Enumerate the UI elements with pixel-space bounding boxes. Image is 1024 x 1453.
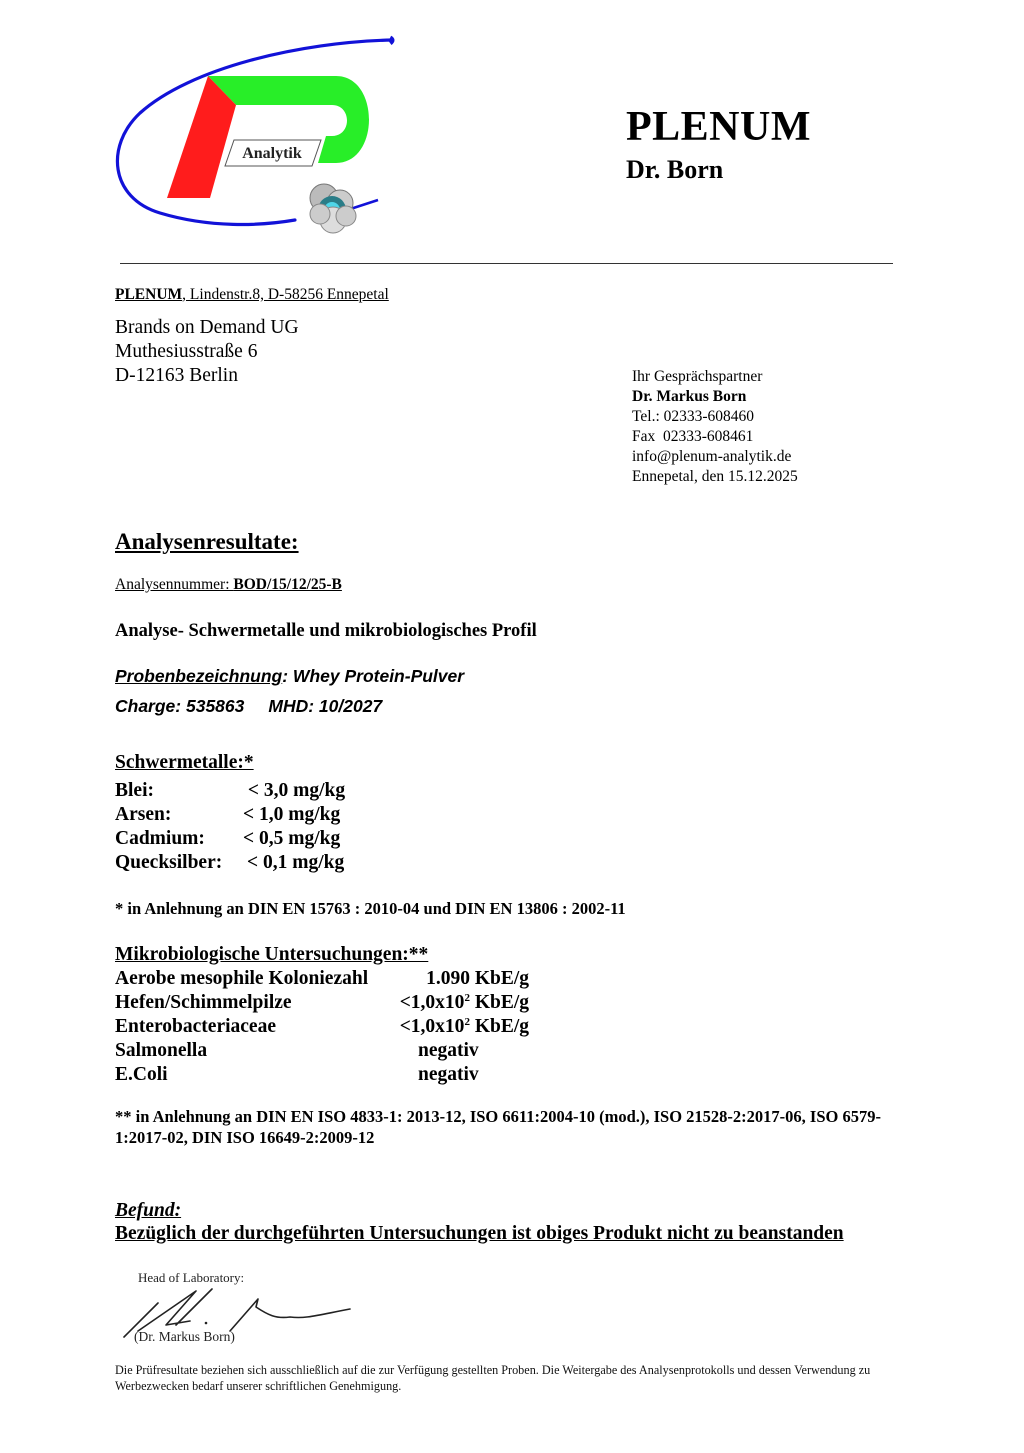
finding-text: Bezüglich der durchgeführten Untersuchun… bbox=[115, 1222, 844, 1245]
micro-row: Hefen/Schimmelpilze<1,0x102 KbE/g bbox=[115, 991, 529, 1015]
report-heading: Analysenresultate: bbox=[115, 528, 299, 556]
microbiology-footnote: ** in Anlehnung an DIN EN ISO 4833-1: 20… bbox=[115, 1106, 905, 1148]
contact-block: Ihr Gesprächspartner Dr. Markus Born Tel… bbox=[632, 367, 798, 487]
batch-number: Charge: 535863 bbox=[115, 696, 244, 716]
svg-text:Analytik: Analytik bbox=[242, 145, 302, 162]
metal-row: Quecksilber:< 0,1 mg/kg bbox=[115, 851, 345, 875]
sample-designation: Probenbezeichnung: Whey Protein-Pulver bbox=[115, 666, 464, 687]
metal-row: Arsen:< 1,0 mg/kg bbox=[115, 803, 345, 827]
micro-row: Enterobacteriaceae<1,0x102 KbE/g bbox=[115, 1015, 529, 1039]
disclaimer: Die Prüfresultate beziehen sich ausschli… bbox=[115, 1362, 915, 1394]
brand-subtitle: Dr. Born bbox=[626, 157, 723, 183]
sender-address-line: PLENUM, Lindenstr.8, D-58256 Ennepetal bbox=[115, 286, 389, 305]
contact-fax: Fax 02333-608461 bbox=[632, 427, 798, 447]
best-before-date: MHD: 10/2027 bbox=[268, 696, 382, 716]
sender-address: , Lindenstr.8, D-58256 Ennepetal bbox=[182, 286, 389, 303]
analysis-number-label: Analysennummer: bbox=[115, 576, 233, 593]
heavy-metals-heading: Schwermetalle:* bbox=[115, 751, 254, 774]
recipient-street: Muthesiusstraße 6 bbox=[115, 340, 299, 364]
microbiology-heading: Mikrobiologische Untersuchungen:** bbox=[115, 943, 428, 966]
sample-value: : Whey Protein-Pulver bbox=[282, 666, 464, 686]
finding-heading: Befund: bbox=[115, 1199, 181, 1222]
analysis-title: Analyse- Schwermetalle und mikrobiologis… bbox=[115, 620, 537, 642]
recipient-company: Brands on Demand UG bbox=[115, 316, 299, 340]
header-divider bbox=[120, 263, 893, 264]
sample-label: Probenbezeichnung bbox=[115, 666, 282, 686]
contact-name: Dr. Markus Born bbox=[632, 387, 798, 407]
signature-name: (Dr. Markus Born) bbox=[134, 1329, 235, 1345]
contact-label: Ihr Gesprächspartner bbox=[632, 367, 798, 387]
signature-role: Head of Laboratory: bbox=[138, 1270, 244, 1286]
sender-company: PLENUM bbox=[115, 286, 182, 303]
batch-info: Charge: 535863MHD: 10/2027 bbox=[115, 696, 382, 717]
recipient-address: Brands on Demand UG Muthesiusstraße 6 D-… bbox=[115, 316, 299, 388]
molecule-icon bbox=[310, 184, 356, 233]
heavy-metals-table: Blei: < 3,0 mg/kg Arsen:< 1,0 mg/kg Cadm… bbox=[115, 779, 345, 875]
heavy-metals-footnote: * in Anlehnung an DIN EN 15763 : 2010-04… bbox=[115, 899, 626, 919]
micro-row: Aerobe mesophile Koloniezahl1.090 KbE/g bbox=[115, 967, 529, 991]
place-date: Ennepetal, den 15.12.2025 bbox=[632, 467, 798, 487]
microbiology-table: Aerobe mesophile Koloniezahl1.090 KbE/g … bbox=[115, 967, 529, 1087]
contact-tel: Tel.: 02333-608460 bbox=[632, 407, 798, 427]
plenum-analytik-logo-icon: Analytik bbox=[100, 28, 420, 253]
analysis-number: Analysennummer: BOD/15/12/25-B bbox=[115, 576, 342, 595]
metal-row: Cadmium:< 0,5 mg/kg bbox=[115, 827, 345, 851]
recipient-city: D-12163 Berlin bbox=[115, 364, 299, 388]
analysis-number-value: BOD/15/12/25-B bbox=[233, 576, 342, 593]
metal-row: Blei: < 3,0 mg/kg bbox=[115, 779, 345, 803]
contact-email: info@plenum-analytik.de bbox=[632, 447, 798, 467]
brand-title: PLENUM bbox=[626, 106, 811, 148]
micro-row: Salmonellanegativ bbox=[115, 1039, 529, 1063]
micro-row: E.Colinegativ bbox=[115, 1063, 529, 1087]
